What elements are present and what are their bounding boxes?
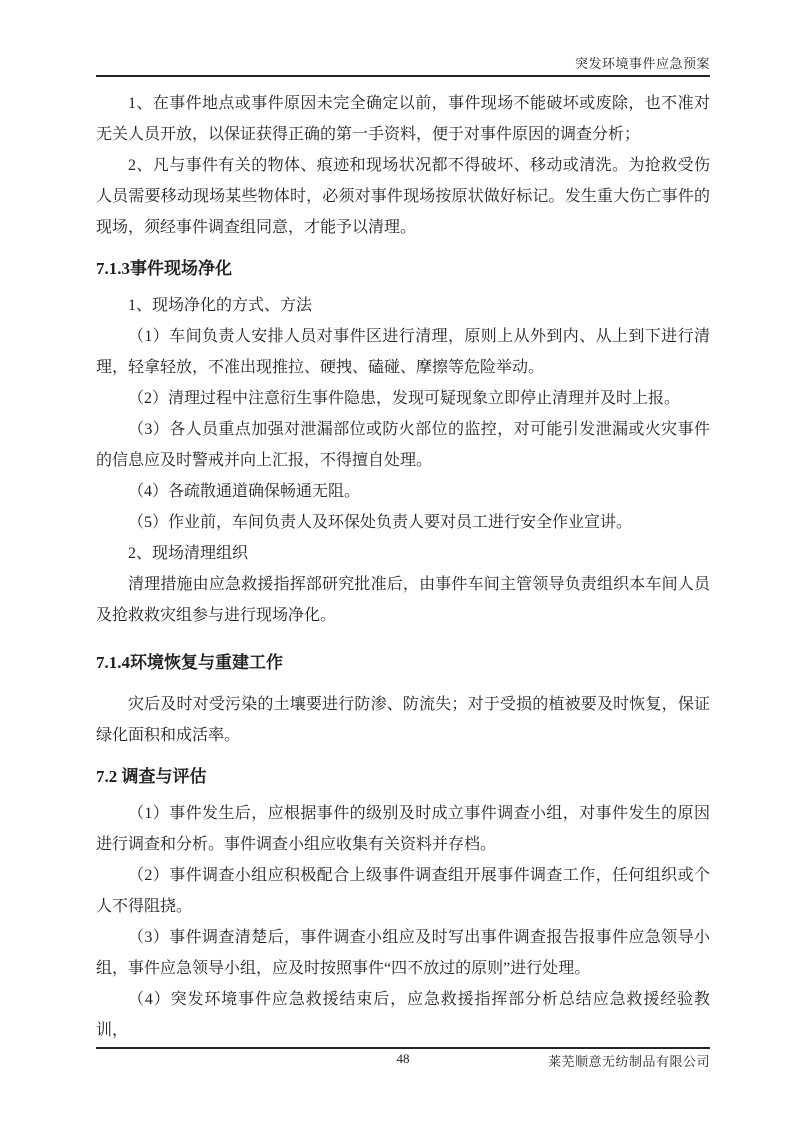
footer-company-name: 莱芜顺意无纺制品有限公司 [548, 1051, 710, 1070]
paragraph: （4）各疏散通道确保畅通无阻。 [96, 476, 710, 507]
page-header: 突发环境事件应急预案 [96, 0, 710, 77]
paragraph: （2）清理过程中注意衍生事件隐患，发现可疑现象立即停止清理并及时上报。 [96, 383, 710, 414]
paragraph: 1、现场净化的方式、方法 [96, 290, 710, 321]
section-heading-7-2: 7.2 调查与评估 [96, 765, 710, 789]
paragraph: （1）事件发生后，应根据事件的级别及时成立事件调查小组，对事件发生的原因进行调查… [96, 798, 710, 860]
paragraph: 灾后及时对受污染的土壤要进行防渗、防流失；对于受损的植被要及时恢复，保证绿化面积… [96, 689, 710, 751]
footer-divider [96, 1047, 710, 1049]
paragraph: 2、现场清理组织 [96, 538, 710, 569]
paragraph: （4）突发环境事件应急救援结束后，应急救援指挥部分析总结应急救援经验教训， [96, 984, 710, 1046]
paragraph: （3）事件调查清楚后，事件调查小组应及时写出事件调查报告报事件应急领导小组，事件… [96, 922, 710, 984]
paragraph: 2、凡与事件有关的物体、痕迹和现场状况都不得破坏、移动或清洗。为抢救受伤人员需要… [96, 150, 710, 243]
section-heading-7-1-4: 7.1.4环境恢复与重建工作 [96, 651, 710, 675]
document-body: 1、在事件地点或事件原因未完全确定以前，事件现场不能破坏或废除，也不准对无关人员… [96, 88, 710, 1046]
section-heading-7-1-3: 7.1.3事件现场净化 [96, 257, 710, 281]
header-title: 突发环境事件应急预案 [575, 56, 710, 71]
paragraph: （3）各人员重点加强对泄漏部位或防火部位的监控，对可能引发泄漏或火灾事件的信息应… [96, 414, 710, 476]
paragraph: （2）事件调查小组应积极配合上级事件调查组开展事件调查工作，任何组织或个人不得阻… [96, 860, 710, 922]
paragraph: （5）作业前，车间负责人及环保处负责人要对员工进行安全作业宣讲。 [96, 507, 710, 538]
paragraph: （1）车间负责人安排人员对事件区进行清理，原则上从外到内、从上到下进行清理，轻拿… [96, 321, 710, 383]
paragraph: 1、在事件地点或事件原因未完全确定以前，事件现场不能破坏或废除，也不准对无关人员… [96, 88, 710, 150]
paragraph: 清理措施由应急救援指挥部研究批准后，由事件车间主管领导负责组织本车间人员及抢救救… [96, 569, 710, 631]
document-page: 突发环境事件应急预案 1、在事件地点或事件原因未完全确定以前，事件现场不能破坏或… [0, 0, 800, 1131]
